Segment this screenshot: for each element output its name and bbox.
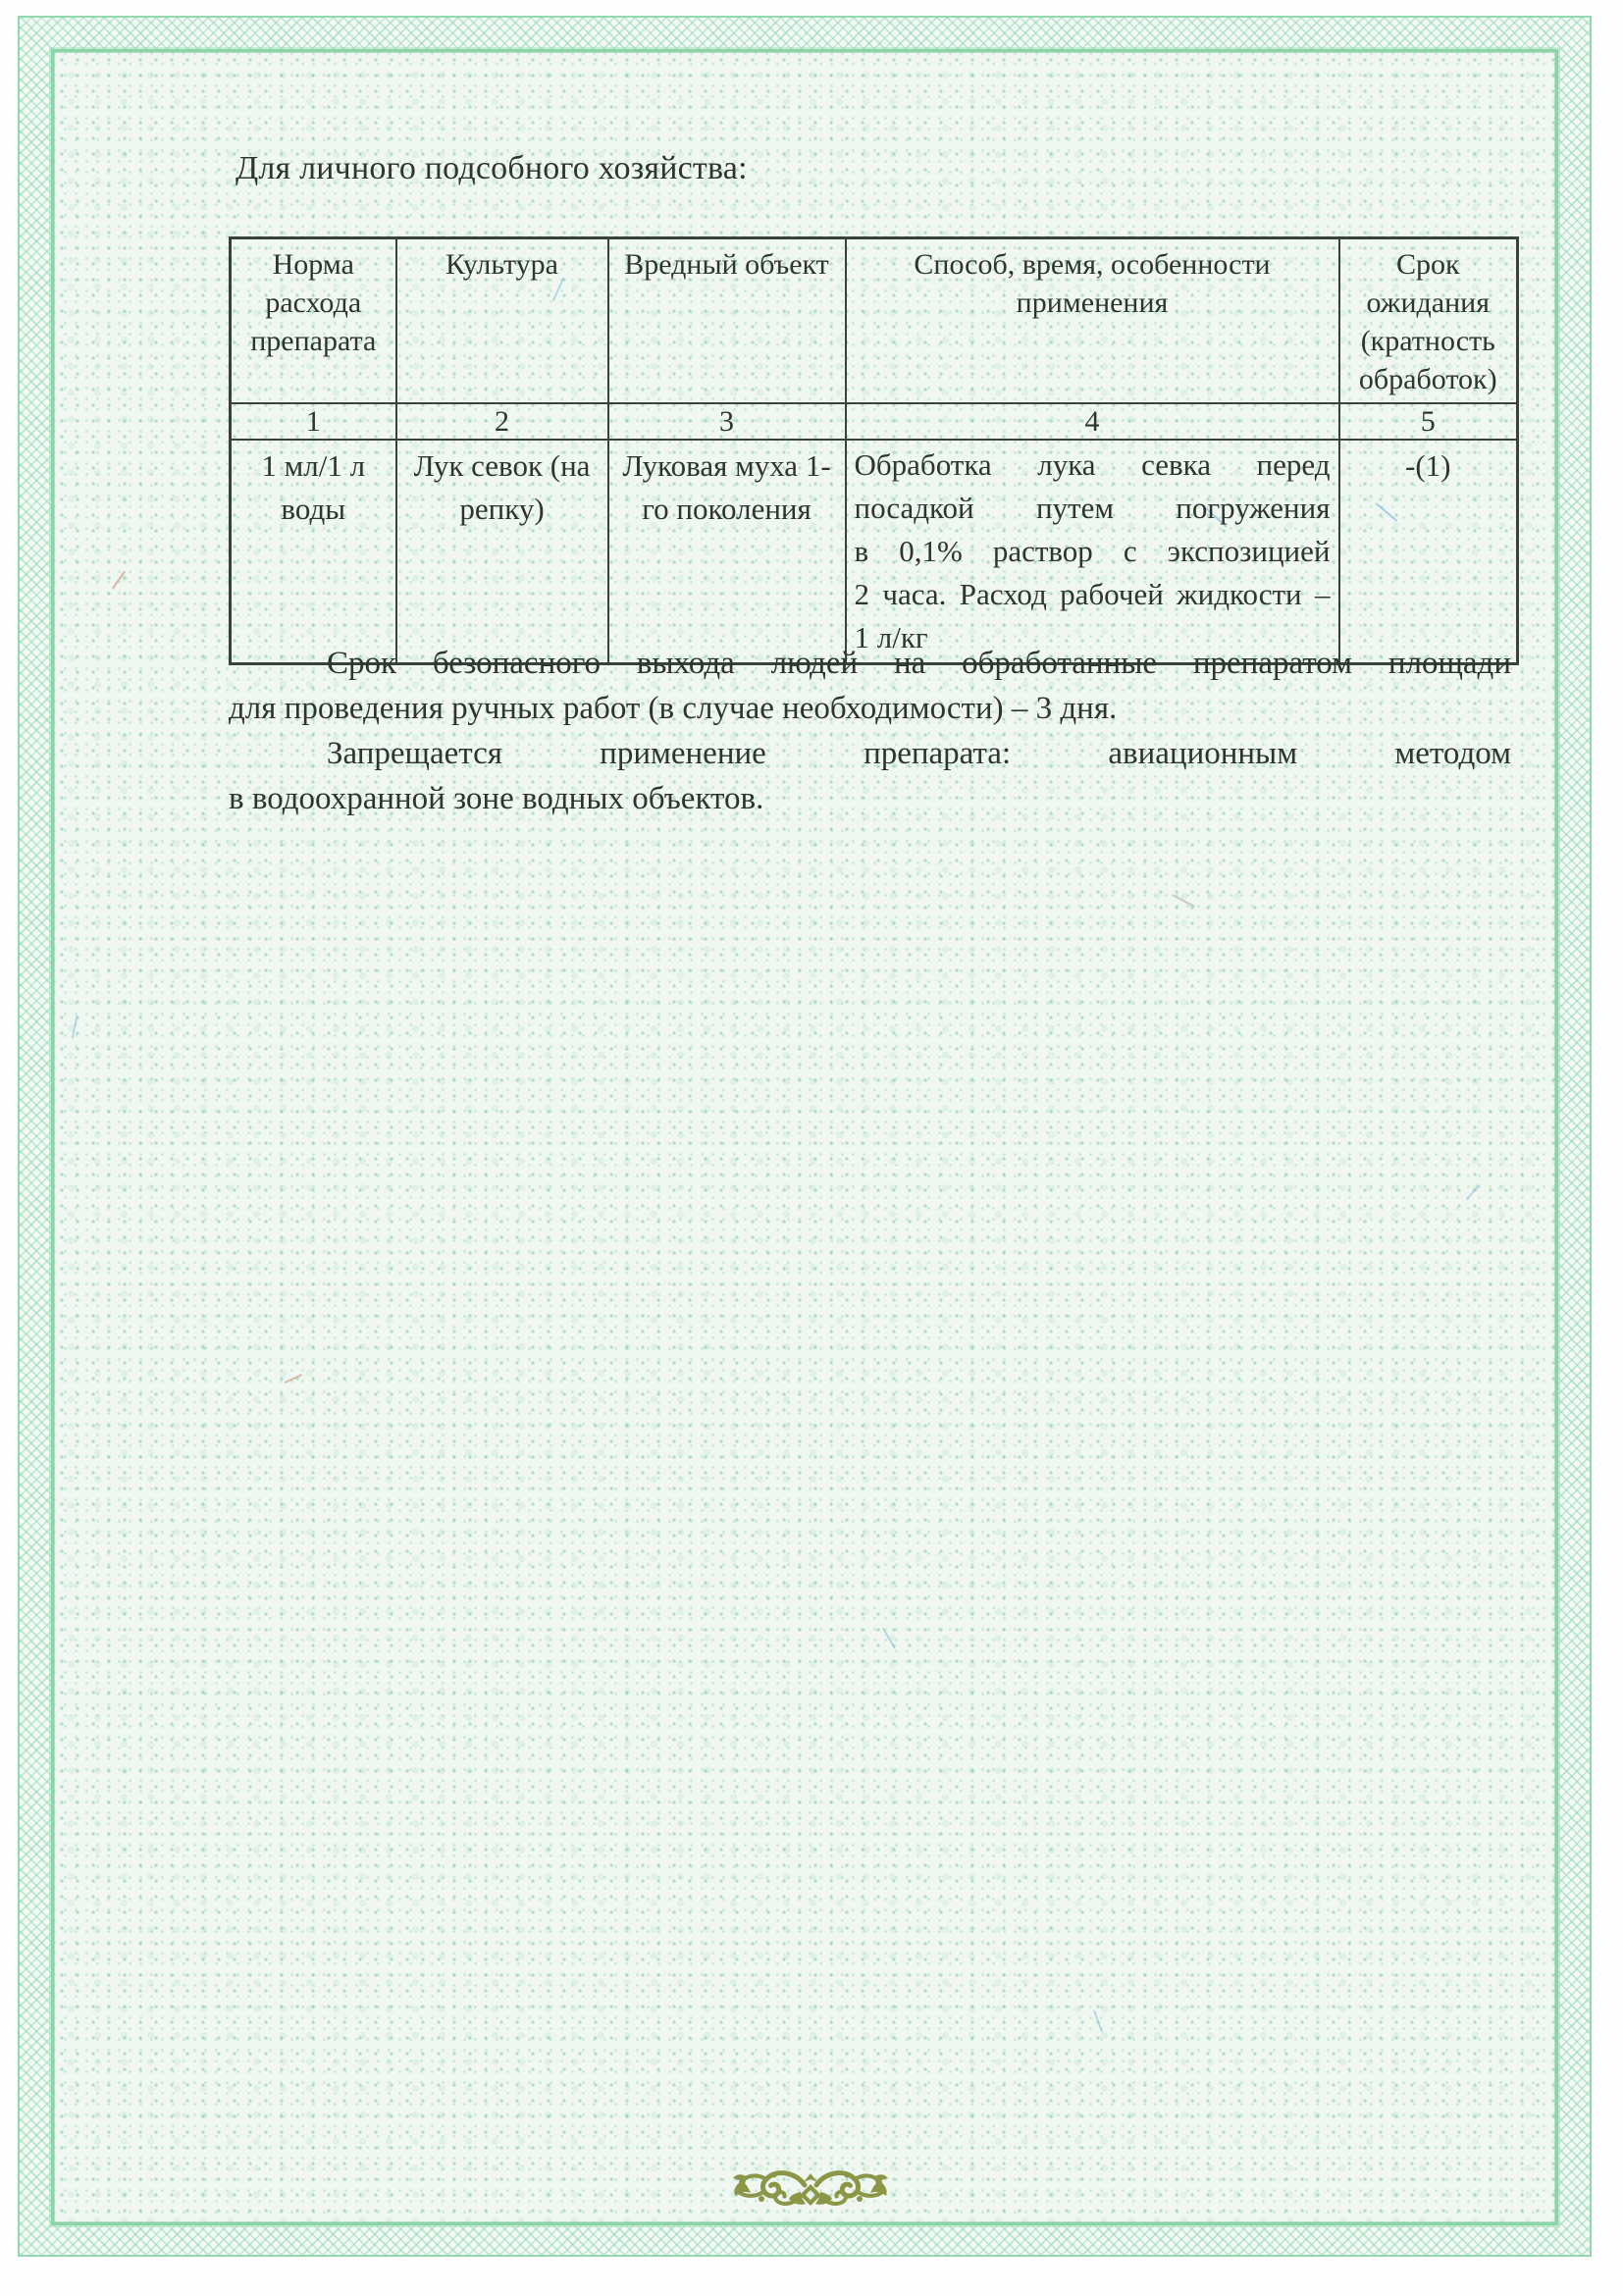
bottom-flourish-icon: [731, 2165, 890, 2212]
column-number: 2: [396, 403, 608, 440]
method-line: посадкой путем погружения: [855, 487, 1331, 530]
method-line: 2 часа. Расход рабочей жидкости –: [855, 573, 1331, 616]
paragraph-line: в водоохранной зоне водных объектов.: [229, 776, 1511, 821]
cell-culture: Лук севок (на репку): [396, 440, 608, 664]
paragraph-line: Срок безопасного выхода людей на обработ…: [229, 641, 1511, 686]
application-table: Норма расхода препарата Культура Вредный…: [229, 236, 1519, 665]
table-header-row: Норма расхода препарата Культура Вредный…: [231, 238, 1518, 404]
cell-waiting-period: -(1): [1339, 440, 1518, 664]
column-number: 1: [231, 403, 396, 440]
col-header-waiting: Срок ожидания (кратность обработок): [1339, 238, 1518, 404]
cell-pest: Луковая муха 1-го поколения: [608, 440, 846, 664]
document-page: Для личного подсобного хозяйства: Норма …: [0, 0, 1623, 2296]
col-header-dose: Норма расхода препарата: [231, 238, 396, 404]
cell-dose: 1 мл/1 л воды: [231, 440, 396, 664]
method-line: Обработка лука севка перед: [855, 444, 1331, 487]
method-line: в 0,1% раствор с экспозицией: [855, 530, 1331, 573]
cell-method: Обработка лука севка перед посадкой путе…: [846, 440, 1339, 664]
table-data-row: 1 мл/1 л воды Лук севок (на репку) Луков…: [231, 440, 1518, 664]
column-number: 4: [846, 403, 1339, 440]
column-number: 5: [1339, 403, 1518, 440]
column-number-row: 1 2 3 4 5: [231, 403, 1518, 440]
col-header-method: Способ, время, особенности применения: [846, 238, 1339, 404]
paragraph-line: для проведения ручных работ (в случае не…: [229, 686, 1511, 731]
column-number: 3: [608, 403, 846, 440]
page-title: Для личного подсобного хозяйства:: [236, 147, 1511, 190]
paragraph-safe-exit: Срок безопасного выхода людей на обработ…: [229, 641, 1511, 731]
col-header-culture: Культура: [396, 238, 608, 404]
col-header-pest: Вредный объект: [608, 238, 846, 404]
paragraph-prohibition: Запрещается применение препарата: авиаци…: [229, 731, 1511, 821]
body-text: Срок безопасного выхода людей на обработ…: [229, 641, 1511, 821]
paragraph-line: Запрещается применение препарата: авиаци…: [229, 731, 1511, 776]
